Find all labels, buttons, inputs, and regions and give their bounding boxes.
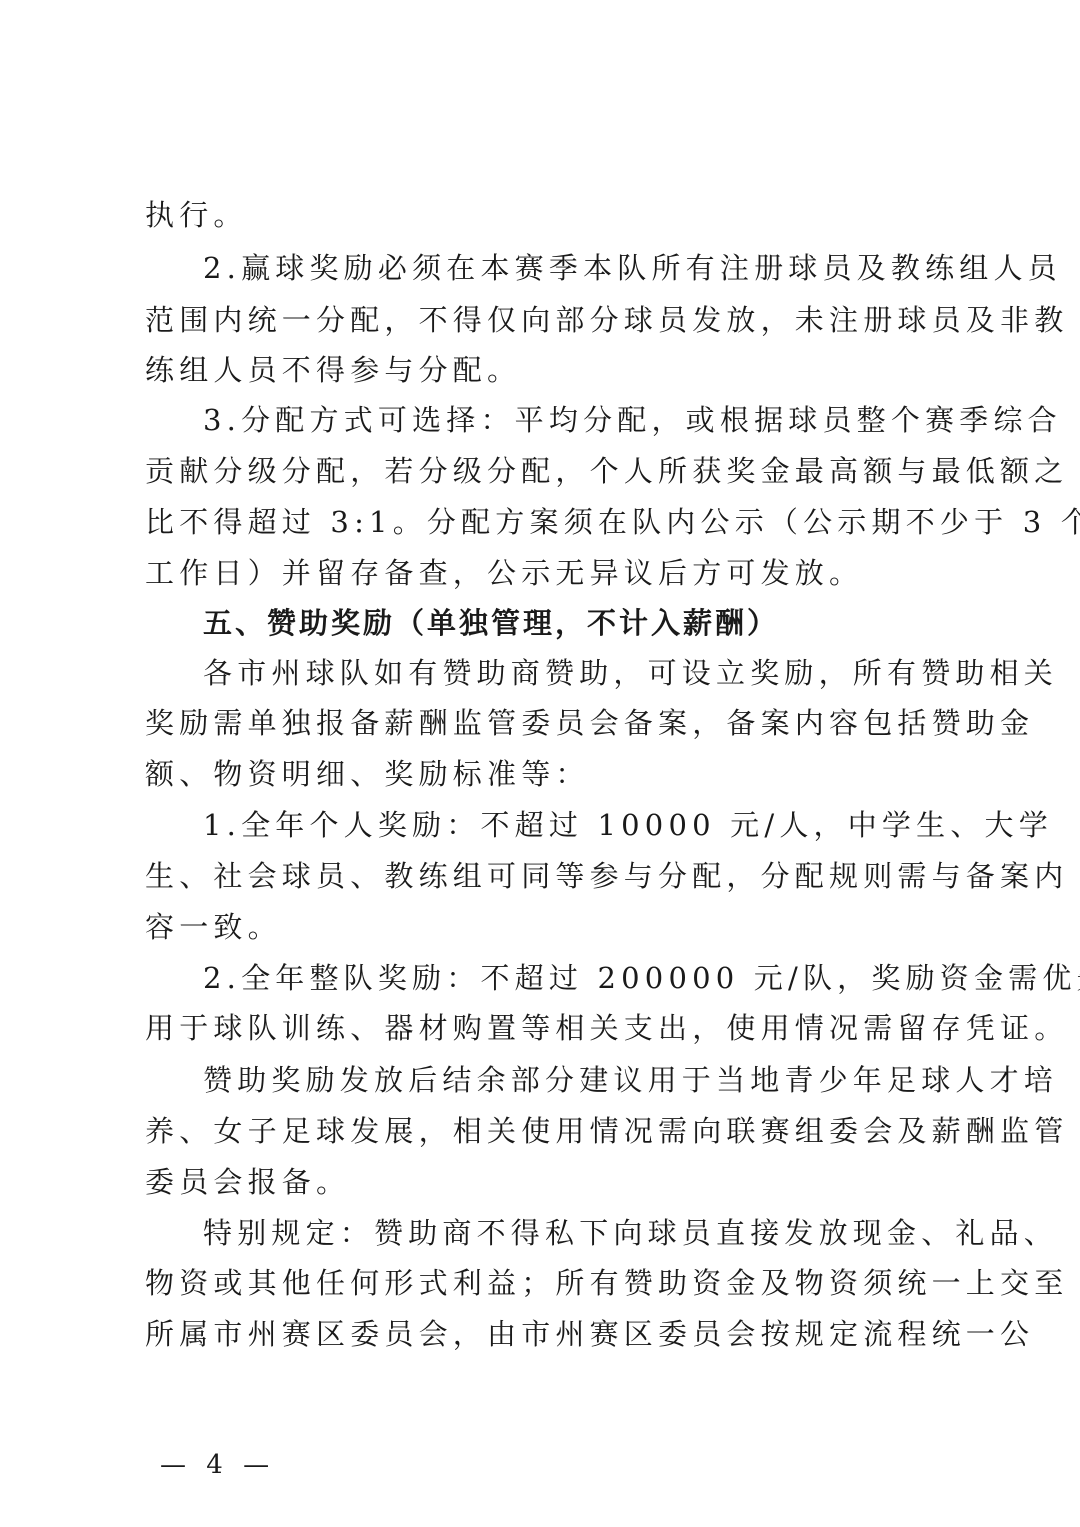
text-line: 物资或其他任何形式利益；所有赞助资金及物资须统一上交至: [145, 1258, 935, 1308]
text-line: 额、物资明细、奖励标准等：: [145, 749, 935, 799]
section-heading: 五、赞助奖励（单独管理，不计入薪酬）: [203, 598, 935, 648]
text-line: 用于球队训练、器材购置等相关支出，使用情况需留存凭证。: [145, 1003, 935, 1053]
text-line: 特别规定：赞助商不得私下向球员直接发放现金、礼品、: [203, 1208, 935, 1258]
text-line: 2.全年整队奖励：不超过 200000 元/队，奖励资金需优先: [203, 953, 935, 1003]
text-line: 练组人员不得参与分配。: [145, 345, 935, 395]
text-line: 养、女子足球发展，相关使用情况需向联赛组委会及薪酬监管: [145, 1106, 935, 1156]
document-page: 执行。2.赢球奖励必须在本赛季本队所有注册球员及教练组人员范围内统一分配，不得仅…: [0, 0, 1080, 1527]
text-line: 范围内统一分配，不得仅向部分球员发放，未注册球员及非教: [145, 295, 935, 345]
text-line: 3.分配方式可选择：平均分配，或根据球员整个赛季综合: [203, 395, 935, 445]
text-line: 各市州球队如有赞助商赞助，可设立奖励，所有赞助相关: [203, 648, 935, 698]
text-line: 赞助奖励发放后结余部分建议用于当地青少年足球人才培: [203, 1055, 935, 1105]
text-line: 2.赢球奖励必须在本赛季本队所有注册球员及教练组人员: [203, 243, 935, 293]
page-number: — 4 —: [160, 1445, 275, 1485]
text-line: 奖励需单独报备薪酬监管委员会备案，备案内容包括赞助金: [145, 698, 935, 748]
text-line: 1.全年个人奖励：不超过 10000 元/人，中学生、大学: [203, 800, 935, 850]
text-line: 委员会报备。: [145, 1157, 935, 1207]
text-line: 所属市州赛区委员会，由市州赛区委员会按规定流程统一公: [145, 1309, 935, 1359]
text-line: 比不得超过 3:1。分配方案须在队内公示（公示期不少于 3 个: [145, 497, 935, 547]
text-line: 容一致。: [145, 902, 935, 952]
text-line: 执行。: [145, 190, 935, 240]
text-line: 工作日）并留存备查，公示无异议后方可发放。: [145, 548, 935, 598]
text-line: 生、社会球员、教练组可同等参与分配，分配规则需与备案内: [145, 851, 935, 901]
text-line: 贡献分级分配，若分级分配，个人所获奖金最高额与最低额之: [145, 446, 935, 496]
